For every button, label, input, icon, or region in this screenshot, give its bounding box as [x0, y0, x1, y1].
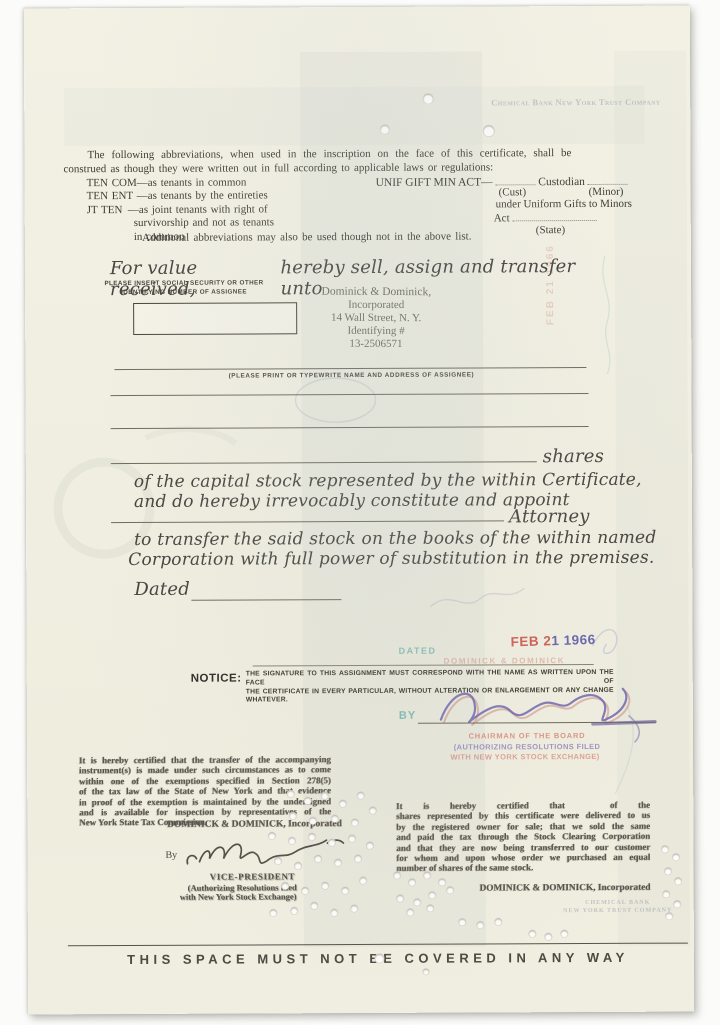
sale-cert-line: and paid the tax through the Stock Clear…	[396, 831, 650, 843]
date-stamp-blue: 1 1966	[551, 632, 596, 648]
state-label: (State)	[536, 224, 565, 236]
punch-hole	[359, 876, 366, 883]
punch-hole	[339, 800, 346, 807]
punch-hole	[661, 845, 668, 852]
sale-cert-line: for whom and upon whose order we purchas…	[396, 852, 650, 864]
punch-hole	[396, 894, 403, 901]
dated-stamp: DATED	[399, 646, 437, 656]
tax-cert-by-label: By	[165, 850, 177, 861]
punch-hole	[369, 806, 376, 813]
punch-hole	[351, 819, 358, 826]
punch-hole	[289, 812, 296, 819]
constitute-appoint-text: and do hereby irrevocably constitute and…	[134, 490, 570, 512]
ghost-dominick-stamp: DOMINICK & DOMINICK	[444, 656, 566, 666]
punch-hole	[408, 878, 415, 885]
punch-hole	[662, 890, 669, 897]
dotted-leader	[496, 175, 536, 185]
punch-hole	[483, 125, 494, 136]
assignee-inc: Incorporated	[291, 298, 461, 312]
abbreviations-intro: The following abbreviations, when used i…	[63, 146, 571, 176]
punch-hole	[321, 792, 328, 799]
abbrev-jt-ten-cont: survivorship and not as tenants	[87, 217, 274, 231]
assignee-stamp: Dominick & Dominick, Incorporated 14 Wal…	[291, 285, 461, 351]
punch-hole	[331, 815, 338, 822]
stock-certificate-back: Chemical Bank New York Trust Company FEB…	[24, 6, 694, 1015]
vice-president-title-stamp: VICE-PRESIDENT	[210, 871, 295, 881]
ssn-instruction: PLEASE INSERT SOCIAL SECURITY OR OTHER I…	[103, 279, 265, 297]
punch-hole	[528, 930, 535, 937]
punch-hole	[446, 886, 453, 893]
scanned-certificate-page: Chemical Bank New York Trust Company FEB…	[0, 0, 720, 1025]
authorizing-stamp-line1: (AUTHORIZING RESOLUTIONS FILED	[447, 742, 607, 752]
ugma-label: UNIF GIFT MIN ACT—	[376, 176, 493, 189]
punch-hole	[309, 817, 316, 824]
punch-hole	[321, 882, 328, 889]
abbrev-jt-ten: JT TEN —as joint tenants with right of	[87, 203, 274, 217]
punch-hole	[294, 862, 301, 869]
shares-line	[111, 461, 537, 464]
punch-hole	[494, 918, 501, 925]
substitution-text: Corporation with full power of substitut…	[128, 548, 654, 570]
punch-hole	[665, 912, 672, 919]
punch-hole	[560, 930, 567, 937]
abbrev-ten-com: TEN COM—as tenants in common	[87, 176, 274, 190]
authorizing-stamp-line2: WITH NEW YORK STOCK EXCHANGE)	[449, 752, 601, 762]
punch-hole	[308, 833, 315, 840]
punch-hole	[476, 921, 483, 928]
punch-hole	[458, 918, 465, 925]
attorney-word: Attorney	[509, 506, 590, 527]
dotted-leader	[588, 175, 628, 185]
punch-hole	[290, 907, 297, 914]
punch-hole	[301, 887, 308, 894]
by-stamp: BY	[399, 710, 416, 722]
punch-hole	[274, 857, 281, 864]
punch-hole	[380, 124, 389, 133]
punch-hole	[348, 835, 355, 842]
assignee-name: Dominick & Dominick,	[291, 285, 461, 299]
punch-hole	[413, 898, 420, 905]
vice-president-signature	[179, 831, 349, 876]
abbreviations-footer: Additional abbreviations may also be use…	[87, 230, 527, 244]
assignee-caption: (PLEASE PRINT OR TYPEWRITE NAME AND ADDR…	[195, 371, 507, 379]
punch-hole	[438, 878, 445, 885]
ugma-under-line: under Uniform Gifts to Minors	[496, 198, 632, 211]
abbrev-ten-ent: TEN ENT —as tenants by the entireties	[87, 190, 274, 204]
punch-hole	[357, 791, 364, 798]
punch-hole	[366, 841, 373, 848]
minor-label: (Minor)	[589, 186, 624, 198]
punch-hole	[310, 902, 317, 909]
punch-hole	[423, 871, 430, 878]
cust-label: (Cust)	[499, 186, 527, 198]
punch-hole	[423, 969, 429, 975]
dotted-leader	[513, 211, 597, 221]
punch-hole	[287, 790, 294, 797]
punch-hole	[428, 891, 435, 898]
sale-cert-line: number of shares of the same stock.	[397, 862, 651, 874]
punch-hole	[393, 871, 400, 878]
ghost-bank-name: Chemical Bank New York Trust Company	[491, 97, 660, 108]
ssn-instruction-line1: PLEASE INSERT SOCIAL SECURITY OR OTHER	[103, 279, 265, 288]
punch-hole	[269, 909, 276, 916]
punch-hole	[426, 904, 433, 911]
ssn-instruction-line2: IDENTIFYING NUMBER OF ASSIGNEE	[103, 288, 265, 297]
ssn-entry-box	[133, 302, 297, 335]
tax-cert-auth-line2: with New York Stock Exchange)	[180, 891, 297, 902]
date-stamp-red: FEB 2	[510, 633, 551, 649]
punch-hole	[544, 933, 551, 940]
punch-hole	[334, 859, 341, 866]
custodian-label: Custodian	[538, 176, 585, 188]
chairman-title-stamp: CHAIRMAN OF THE BOARD	[457, 731, 597, 741]
punch-hole	[330, 909, 337, 916]
blank-line	[111, 426, 589, 429]
act-label: Act	[494, 212, 510, 224]
punch-hole	[314, 855, 321, 862]
assignee-id-label: Identifying #	[291, 324, 461, 338]
punch-hole	[672, 853, 679, 860]
punch-hole	[354, 854, 361, 861]
punch-hole	[288, 837, 295, 844]
sale-certification-text: It is hereby certified that of the share…	[396, 800, 650, 874]
punch-hole	[328, 839, 335, 846]
punch-hole	[268, 832, 275, 839]
punch-hole	[673, 900, 680, 907]
punch-hole	[423, 94, 433, 104]
date-stamp: FEB 21 1966	[510, 632, 595, 650]
dated-word: Dated	[134, 579, 190, 600]
footer-rule	[68, 943, 688, 947]
blank-line	[110, 393, 588, 396]
punch-hole	[664, 867, 671, 874]
notice-label: NOTICE:	[191, 673, 242, 685]
punch-hole	[281, 882, 288, 889]
transfer-books-text: to transfer the said stock on the books …	[134, 528, 656, 550]
assignee-name-line	[114, 367, 586, 370]
act-line: Act	[494, 211, 600, 224]
punch-hole	[374, 953, 383, 962]
punch-hole	[406, 908, 413, 915]
assignee-id-number: 13-2506571	[291, 337, 461, 351]
punch-hole	[674, 877, 681, 884]
punch-hole	[350, 905, 357, 912]
punch-hole	[341, 887, 348, 894]
dated-line	[191, 599, 341, 601]
punch-hole	[304, 797, 311, 804]
attorney-line	[111, 520, 504, 523]
shares-word: shares	[543, 446, 604, 467]
capital-stock-text: of the capital stock represented by the …	[134, 470, 642, 492]
assignee-address: 14 Wall Street, N. Y.	[291, 311, 461, 325]
